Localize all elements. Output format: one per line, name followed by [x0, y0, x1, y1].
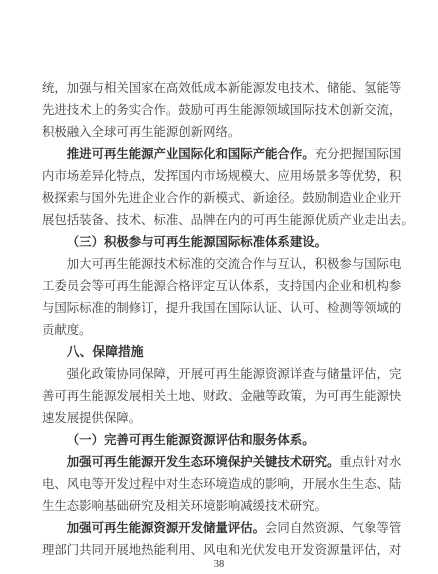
text-line: 加强可再生能源资源开发储量评估。会同自然资源、气象等管	[42, 517, 402, 539]
text-line: 加大可再生能源技术标准的交流合作与互认，积极参与国际电	[42, 253, 402, 275]
text-segment: 加大可再生能源技术标准的交流合作与互认，积极参与国际电	[67, 257, 402, 271]
text-segment: 工委员会等可再生能源合格评定互认体系，支持国内企业和机构参	[42, 279, 401, 293]
text-line: （三）积极参与可再生能源国际标准体系建设。	[42, 231, 402, 253]
text-segment: 电、风电等开发过程中对生态环境造成的影响，开展水生生态、陆	[42, 477, 401, 491]
text-line: 内市场差异化特点，发挥国内市场规模大、应用场景多等优势，积	[42, 165, 402, 187]
text-segment: 内市场差异化特点，发挥国内市场规模大、应用场景多等优势，积	[42, 169, 401, 183]
text-line: 推进可再生能源产业国际化和国际产能合作。充分把握国际国	[42, 143, 402, 165]
text-segment: 善可再生能源发展相关土地、财政、金融等政策，为可再生能源快	[42, 389, 401, 403]
page-number: 38	[0, 558, 438, 572]
text-segment: 极探索与国外先进企业合作的新模式、新途径。鼓励制造业企业开	[42, 191, 401, 205]
text-segment: 理部门共同开展地热能利用、风电和光伏发电开发资源量评估，对	[42, 543, 401, 557]
text-segment: 八、保障措施	[67, 344, 144, 359]
text-segment: （三）积极参与可再生能源国际标准体系建设。	[67, 235, 327, 249]
text-line: 积极融入全球可再生能源创新网络。	[42, 121, 402, 143]
text-segment: 推进可再生能源产业国际化和国际产能合作。	[67, 147, 315, 161]
text-line: 贡献度。	[42, 319, 402, 341]
text-line: 极探索与国外先进企业合作的新模式、新途径。鼓励制造业企业开	[42, 187, 402, 209]
text-line: 速发展提供保障。	[42, 407, 402, 429]
text-segment: 生生态影响基础研究及相关环境影响减缓技术研究。	[42, 499, 327, 513]
text-segment: 重点针对水	[339, 455, 401, 469]
document-body: 统，加强与相关国家在高效低成本新能源发电技术、储能、氢能等先进技术上的务实合作。…	[42, 77, 402, 561]
text-segment: 加强可再生能源开发生态环境保护关键技术研究。	[67, 455, 340, 469]
text-segment: 加强可再生能源资源开发储量评估。	[67, 521, 265, 535]
text-segment: 展包括装备、技术、标准、品牌在内的可再生能源优质产业走出去。	[42, 213, 414, 227]
text-segment: 会同自然资源、气象等管	[265, 521, 401, 535]
text-segment: （一）完善可再生能源资源评估和服务体系。	[67, 433, 315, 447]
text-segment: 强化政策协同保障，开展可再生能源资源详查与储量评估，完	[67, 367, 402, 381]
text-segment: 贡献度。	[42, 323, 92, 337]
text-line: 与国际标准的制修订，提升我国在国际认证、认可、检测等领域的	[42, 297, 402, 319]
text-line: 展包括装备、技术、标准、品牌在内的可再生能源优质产业走出去。	[42, 209, 402, 231]
text-segment: 统，加强与相关国家在高效低成本新能源发电技术、储能、氢能等	[42, 81, 401, 95]
text-line: 先进技术上的务实合作。鼓励可再生能源领域国际技术创新交流，	[42, 99, 402, 121]
text-line: 工委员会等可再生能源合格评定互认体系，支持国内企业和机构参	[42, 275, 402, 297]
text-line: 强化政策协同保障，开展可再生能源资源详查与储量评估，完	[42, 363, 402, 385]
text-line: 善可再生能源发展相关土地、财政、金融等政策，为可再生能源快	[42, 385, 402, 407]
text-segment: 速发展提供保障。	[42, 411, 141, 425]
text-segment: 与国际标准的制修订，提升我国在国际认证、认可、检测等领域的	[42, 301, 401, 315]
text-segment: 充分把握国际国	[315, 147, 402, 161]
text-line: 统，加强与相关国家在高效低成本新能源发电技术、储能、氢能等	[42, 77, 402, 99]
text-line: 八、保障措施	[42, 341, 402, 363]
text-segment: 积极融入全球可再生能源创新网络。	[42, 125, 240, 139]
text-line: 电、风电等开发过程中对生态环境造成的影响，开展水生生态、陆	[42, 473, 402, 495]
text-segment: 先进技术上的务实合作。鼓励可再生能源领域国际技术创新交流，	[42, 103, 401, 117]
document-page: 统，加强与相关国家在高效低成本新能源发电技术、储能、氢能等先进技术上的务实合作。…	[0, 0, 438, 574]
text-line: 加强可再生能源开发生态环境保护关键技术研究。重点针对水	[42, 451, 402, 473]
text-line: （一）完善可再生能源资源评估和服务体系。	[42, 429, 402, 451]
text-line: 生生态影响基础研究及相关环境影响减缓技术研究。	[42, 495, 402, 517]
